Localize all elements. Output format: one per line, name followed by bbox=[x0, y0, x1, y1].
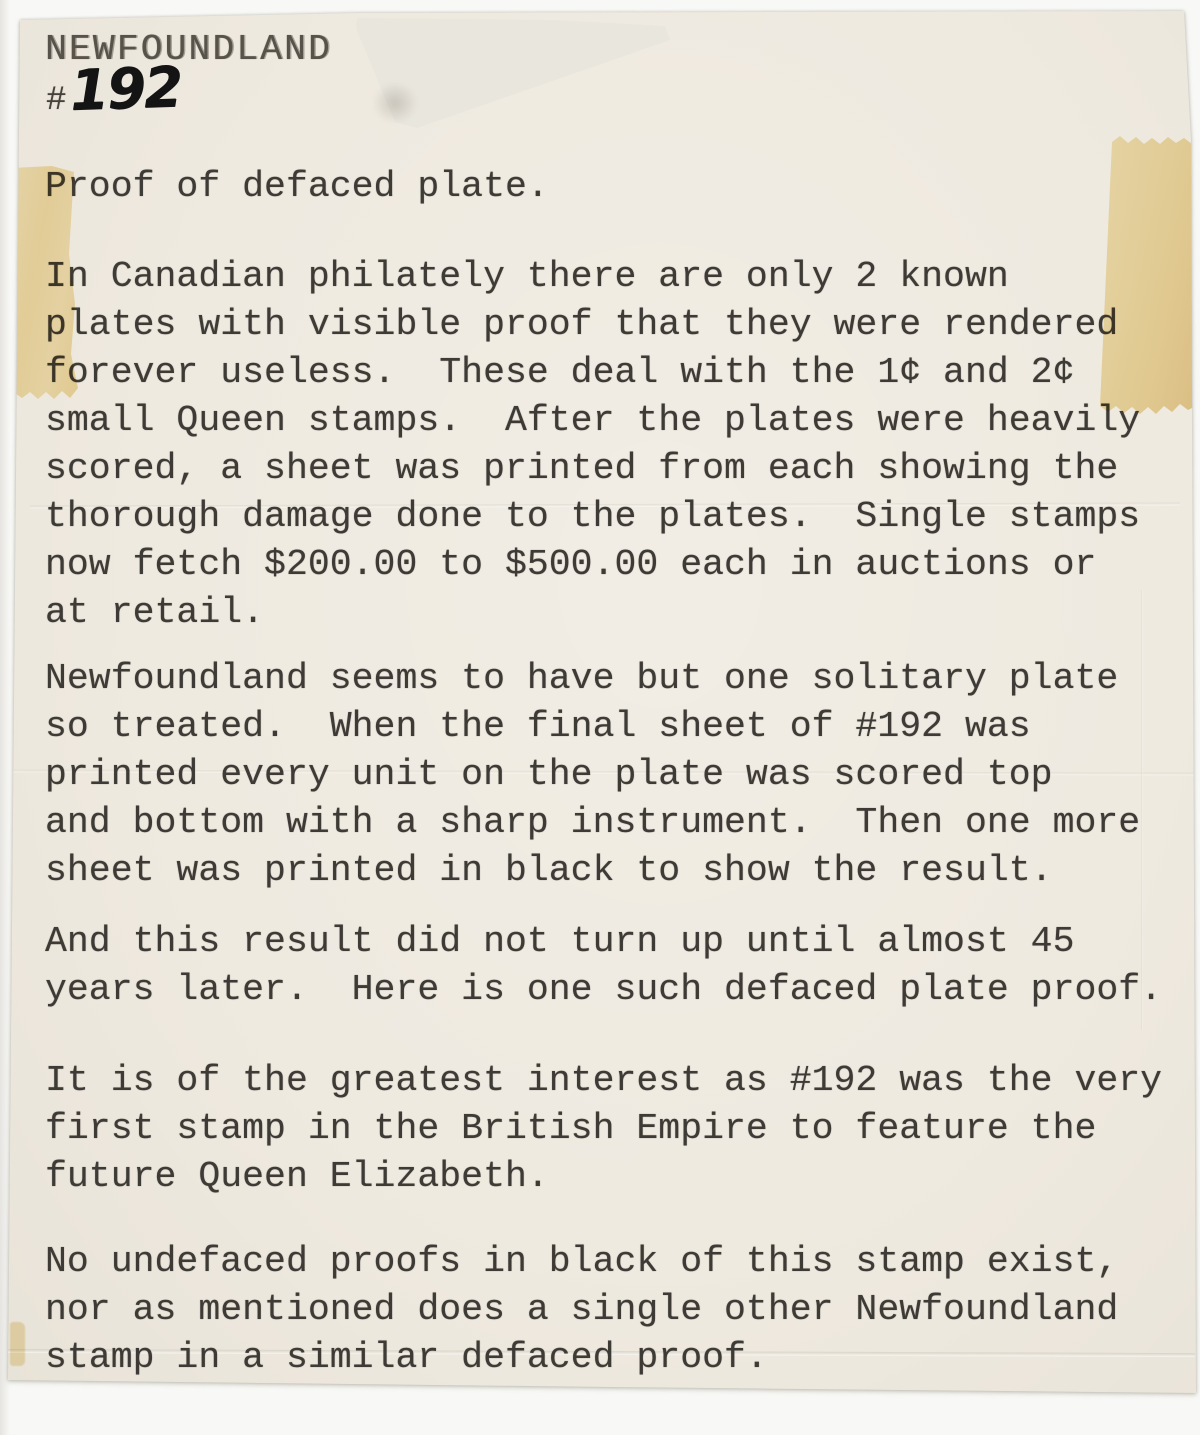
catalog-number-handwritten: 192 bbox=[69, 58, 182, 122]
paragraph-canadian-plates: In Canadian philately there are only 2 k… bbox=[45, 253, 1140, 637]
paragraph-newfoundland-plate: Newfoundland seems to have but one solit… bbox=[45, 655, 1140, 895]
paragraph-queen-elizabeth: It is of the greatest interest as #192 w… bbox=[45, 1057, 1162, 1201]
tape-top bbox=[355, 12, 675, 130]
tape-remnant-bottom-left bbox=[10, 1322, 25, 1366]
scanned-page: { "colors": { "scan_background": "#f8f8f… bbox=[0, 0, 1200, 1435]
paper: NEWFOUNDLAND # 192 Proof of defaced plat… bbox=[0, 0, 1200, 1435]
paragraph-no-undefaced-proofs: No undefaced proofs in black of this sta… bbox=[45, 1238, 1118, 1382]
tape-top-smudge bbox=[372, 82, 418, 124]
paragraph-result-45-years: And this result did not turn up until al… bbox=[45, 918, 1162, 1014]
catalog-number-prefix: # bbox=[46, 82, 66, 120]
document-title: Proof of defaced plate. bbox=[45, 163, 549, 211]
paper-wrap: NEWFOUNDLAND # 192 Proof of defaced plat… bbox=[0, 0, 1200, 1435]
